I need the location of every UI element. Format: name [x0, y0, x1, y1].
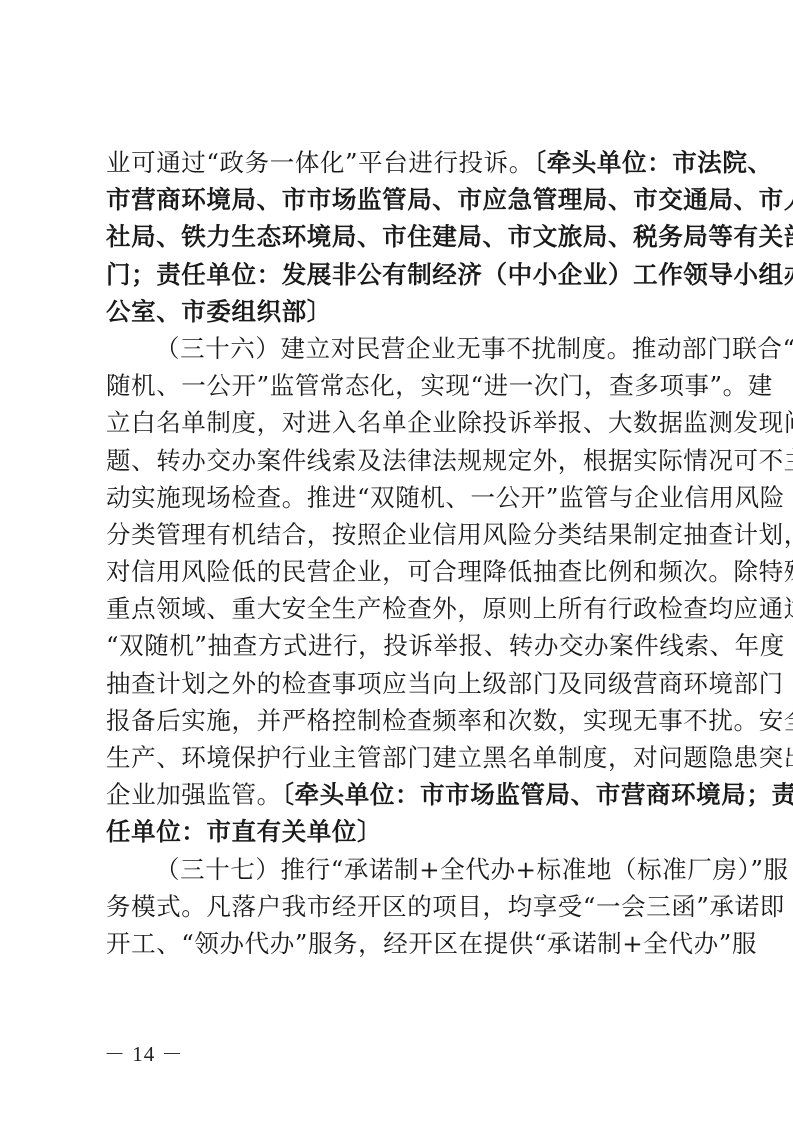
text-normal: 报备后实施，并严格控制检查频率和次数，实现无事不扰。安全 [106, 706, 793, 735]
text-line: 开工、“领办代办”服务，经开区在提供“承诺制+全代办”服 [106, 925, 696, 962]
text-line: 报备后实施，并严格控制检查频率和次数，实现无事不扰。安全 [106, 702, 696, 739]
text-line: 企业加强监管。〔牵头单位：市市场监管局、市营商环境局；责 [106, 776, 696, 813]
text-normal: 企业加强监管。 [106, 780, 282, 809]
text-line: 重点领域、重大安全生产检查外，原则上所有行政检查均应通过 [106, 590, 696, 627]
text-normal: 业可通过“政务一体化”平台进行投诉。 [106, 148, 534, 177]
paragraph-continued: 业可通过“政务一体化”平台进行投诉。〔牵头单位：市法院、 市营商环境局、市市场监… [106, 144, 696, 330]
text-normal: 题、转办交办案件线索及法律法规规定外，根据实际情况可不主 [106, 446, 793, 475]
text-normal: 重点领域、重大安全生产检查外，原则上所有行政检查均应通过 [106, 594, 793, 623]
responsible-units-bold: 门；责任单位：发展非公有制经济（中小企业）工作领导小组办 [106, 260, 793, 289]
text-line: 抽查计划之外的检查事项应当向上级部门及同级营商环境部门 [106, 665, 696, 702]
paragraph-36: （三十六）建立对民营企业无事不扰制度。推动部门联合“双 随机、一公开”监管常态化… [106, 330, 696, 851]
text-line: 务模式。凡落户我市经开区的项目，均享受“一会三函”承诺即 [106, 888, 696, 925]
document-body: 业可通过“政务一体化”平台进行投诉。〔牵头单位：市法院、 市营商环境局、市市场监… [106, 144, 696, 962]
text-normal: 动实施现场检查。推进“双随机、一公开”监管与企业信用风险 [106, 483, 785, 512]
text-line: 动实施现场检查。推进“双随机、一公开”监管与企业信用风险 [106, 479, 696, 516]
text-normal: 抽查计划之外的检查事项应当向上级部门及同级营商环境部门 [106, 669, 784, 698]
text-line: 社局、铁力生态环境局、市住建局、市文旅局、税务局等有关部 [106, 218, 696, 255]
text-line: （三十六）建立对民营企业无事不扰制度。推动部门联合“双 [106, 330, 696, 367]
responsible-units-bold: 任单位：市直有关单位〕 [106, 817, 382, 846]
responsible-units-bold: 〔牵头单位：市法院、 [534, 148, 773, 177]
text-normal: 随机、一公开”监管常态化，实现“进一次门，查多项事”。建 [106, 371, 773, 400]
text-normal: 开工、“领办代办”服务，经开区在提供“承诺制+全代办”服 [106, 929, 757, 958]
paragraph-37: （三十七）推行“承诺制+全代办+标准地（标准厂房）”服 务模式。凡落户我市经开区… [106, 851, 696, 963]
text-line: “双随机”抽查方式进行，投诉举报、转办交办案件线索、年度 [106, 627, 696, 664]
text-line: 题、转办交办案件线索及法律法规规定外，根据实际情况可不主 [106, 442, 696, 479]
text-line: （三十七）推行“承诺制+全代办+标准地（标准厂房）”服 [106, 851, 696, 888]
section-heading-text: （三十六）建立对民营企业无事不扰制度。推动部门联合“双 [155, 334, 793, 363]
text-line: 分类管理有机结合，按照企业信用风险分类结果制定抽查计划， [106, 516, 696, 553]
text-normal: 分类管理有机结合，按照企业信用风险分类结果制定抽查计划， [106, 520, 793, 549]
text-normal: 生产、环境保护行业主管部门建立黑名单制度，对问题隐患突出 [106, 743, 793, 772]
responsible-units-bold: 市营商环境局、市市场监管局、市应急管理局、市交通局、市人 [106, 185, 793, 214]
text-line: 任单位：市直有关单位〕 [106, 813, 696, 850]
text-line: 门；责任单位：发展非公有制经济（中小企业）工作领导小组办 [106, 256, 696, 293]
page-number: － 14 － [104, 1038, 184, 1068]
responsible-units-bold: 公室、市委组织部〕 [106, 297, 332, 326]
responsible-units-bold: 社局、铁力生态环境局、市住建局、市文旅局、税务局等有关部 [106, 222, 793, 251]
text-line: 对信用风险低的民营企业，可合理降低抽查比例和频次。除特殊 [106, 553, 696, 590]
text-line: 市营商环境局、市市场监管局、市应急管理局、市交通局、市人 [106, 181, 696, 218]
text-normal: 对信用风险低的民营企业，可合理降低抽查比例和频次。除特殊 [106, 557, 793, 586]
text-normal: 务模式。凡落户我市经开区的项目，均享受“一会三函”承诺即 [106, 892, 785, 921]
text-line: 公室、市委组织部〕 [106, 293, 696, 330]
text-normal: “双随机”抽查方式进行，投诉举报、转办交办案件线索、年度 [106, 631, 785, 660]
responsible-units-bold: 〔牵头单位：市市场监管局、市营商环境局；责 [282, 780, 793, 809]
section-heading-text: （三十七）推行“承诺制+全代办+标准地（标准厂房）”服 [155, 855, 789, 884]
text-line: 随机、一公开”监管常态化，实现“进一次门，查多项事”。建 [106, 367, 696, 404]
text-line: 生产、环境保护行业主管部门建立黑名单制度，对问题隐患突出 [106, 739, 696, 776]
text-normal: 立白名单制度，对进入名单企业除投诉举报、大数据监测发现问 [106, 408, 793, 437]
text-line: 业可通过“政务一体化”平台进行投诉。〔牵头单位：市法院、 [106, 144, 696, 181]
text-line: 立白名单制度，对进入名单企业除投诉举报、大数据监测发现问 [106, 404, 696, 441]
